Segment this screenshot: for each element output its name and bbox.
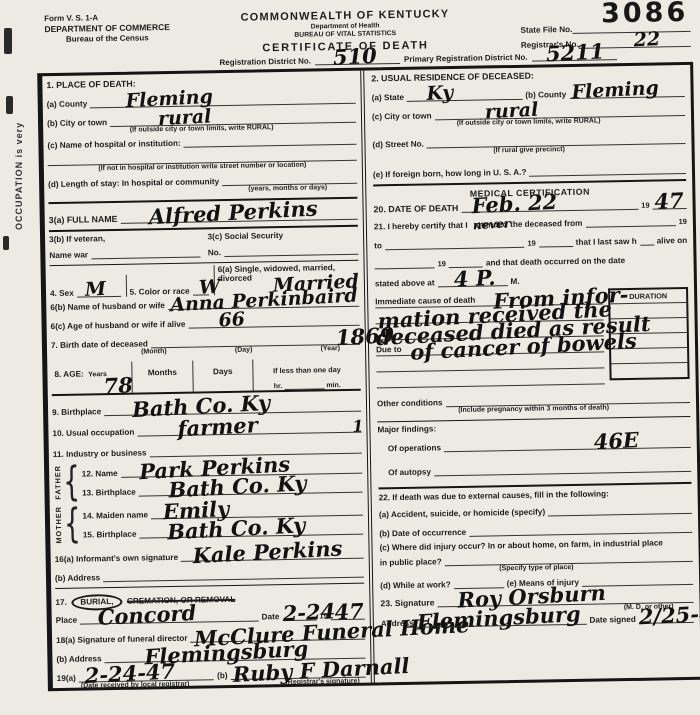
informant-label: 16(a) Informant's own signature (55, 552, 179, 563)
date-signed-handwritten: 2/25-47 (638, 602, 700, 628)
registrar-date-line: 2-24-47 (79, 668, 214, 682)
major-findings-label: Major findings: (377, 420, 690, 434)
left-margin-rotated-text: OCCUPATION is very (14, 122, 24, 230)
spouse-label: 6(b) Name of husband or wife (50, 301, 165, 312)
dod-year-line: 47 (652, 197, 686, 210)
spouse-line: Anna Perkinbaird (168, 294, 360, 309)
certify-saw: that I last saw h (576, 237, 637, 247)
fullname-line: Alfred Perkins (120, 207, 357, 223)
registrars-no-handwritten: 22 (633, 30, 660, 50)
certify-yr3: 19 (437, 259, 445, 268)
certify-h-line (640, 234, 654, 246)
right-column: 2. USUAL RESIDENCE OF DECEASED: (a) Stat… (360, 65, 700, 683)
ssn-line (224, 242, 358, 256)
of-operations-label: Of operations (388, 443, 441, 453)
father-side-label: FATHER (53, 465, 63, 500)
age-label: 8. AGE: (54, 370, 83, 380)
age-days-label: Days (213, 367, 233, 376)
res-city-handwritten: rural (484, 100, 538, 122)
date-of-death-label: 20. DATE OF DEATH (374, 203, 459, 214)
mother-side-label: MOTHER (54, 506, 64, 544)
state-file-line (572, 21, 690, 34)
accident-line (548, 502, 692, 517)
date-signed-label: Date signed (589, 615, 636, 625)
hr-line (284, 381, 324, 391)
burial-num: 17. (55, 597, 67, 606)
res-state-handwritten: Ky (426, 83, 454, 103)
month-note: (Month) (141, 348, 167, 356)
father-birthplace-line: Bath Co. Ky (139, 481, 363, 497)
occurrence-line (469, 521, 692, 537)
stay-line (222, 172, 357, 186)
primary-district-label: Primary Registration District No. (404, 52, 528, 63)
hospital-line (184, 133, 357, 148)
scan-artifact (6, 96, 13, 114)
informant-address-line (103, 565, 364, 582)
ssn-label: 3(c) Social Security (207, 229, 358, 241)
county-label: (a) County (47, 99, 88, 109)
ssn-no-label: No. (208, 248, 221, 257)
burial-date-line: 2-24 (282, 608, 316, 621)
veteran-label: 3(b) If veteran, (49, 232, 200, 244)
occupation-label: 10. Usual occupation (52, 428, 134, 438)
reg-district-label: Registration District No. (219, 56, 311, 67)
duration-row (611, 363, 687, 378)
date-signed-line: 2/25-47 (639, 611, 694, 624)
spouse-age-label: 6(c) Age of husband or wife if alive (51, 319, 186, 330)
reg-district-handwritten: 510 (332, 44, 377, 67)
veteran-war-label: Name war (49, 250, 88, 260)
spouse-age-line: 66 (188, 313, 359, 328)
father-birthplace-label: 13. Birthplace (82, 488, 136, 498)
form-body: 1. PLACE OF DEATH: (a) County Fleming (b… (37, 62, 700, 691)
at-work-label: (d) While at work? (380, 580, 451, 590)
occupation-line: farmer 1 (137, 421, 361, 437)
certify-alive: alive on (657, 236, 688, 246)
hospital-label: (c) Name of hospital or institution: (47, 139, 180, 150)
physician-address-line: Flemingsburg (416, 613, 586, 628)
foreign-born-line (529, 162, 686, 177)
stated-m-label: M. (510, 277, 519, 286)
left-column: 1. PLACE OF DEATH: (a) County Fleming (b… (42, 70, 371, 687)
certify-yr2-line (539, 235, 573, 248)
certify-to-line (385, 236, 525, 250)
sex-handwritten: M (84, 279, 106, 299)
mother-maiden-label: 14. Maiden name (82, 511, 148, 521)
state-file-label: State File No. (520, 25, 572, 35)
father-name-label: 12. Name (82, 469, 118, 479)
date-of-death-line: Feb. 22 (461, 198, 638, 213)
city-handwritten: rural (158, 107, 212, 129)
veteran-war-line (91, 245, 200, 259)
burial-place-label: Place (56, 615, 78, 624)
certify-yr2: 19 (527, 239, 535, 248)
cause-of-death-block: Immediate cause of death From infor- mat… (375, 287, 690, 388)
res-county-line: Fleming (569, 85, 685, 99)
burial-place-line: Concord (80, 609, 259, 624)
bureau-census: Bureau of the Census (45, 33, 171, 46)
due-to-label: Due to (376, 345, 402, 354)
certify-date-line (374, 256, 434, 269)
birthplace-label: 9. Birthplace (52, 408, 101, 418)
registrar-sig-b: (b) (217, 671, 228, 680)
primary-district-line: 5211 (531, 49, 616, 61)
informant-line: Kale Perkins (181, 546, 364, 561)
external-causes-title: 22. If death was due to external causes,… (379, 488, 692, 502)
scan-artifact (4, 28, 12, 54)
res-county-handwritten: Fleming (571, 79, 659, 103)
certify-from-line (585, 214, 675, 228)
of-autopsy-label: Of autopsy (388, 467, 431, 477)
age-less-label: If less than one day (273, 365, 341, 375)
foreign-born-label: (e) If foreign born, how long in U. S. A… (373, 168, 527, 180)
veteran-ssn-row: 3(b) If veteran, Name war 3(c) Social Se… (49, 229, 358, 259)
operations-handwritten: 46E (593, 429, 639, 452)
age-years-handwritten: 78 (103, 374, 133, 397)
res-state-label: (a) State (372, 93, 404, 103)
occupation-handwritten: farmer (177, 414, 258, 439)
primary-district-handwritten: 5211 (545, 40, 604, 64)
informant-handwritten: Kale Perkins (193, 537, 344, 566)
cause-line-6 (376, 368, 604, 388)
occurrence-label: (b) Date of occurrence (379, 528, 466, 539)
registrar-date-handwritten: 2-24-47 (84, 660, 175, 686)
informant-address-label: (b) Address (55, 573, 100, 583)
time-handwritten: 4 P. (453, 267, 496, 290)
scanned-death-certificate: OCCUPATION is very Form V. S. 1-A DEPART… (0, 0, 700, 715)
of-autopsy-line (434, 460, 691, 476)
mother-birthplace-label: 15. Birthplace (83, 530, 137, 540)
hr-min-row: hr. min. (257, 380, 358, 391)
day-note: (Day) (235, 346, 253, 354)
burial-place-handwritten: Concord (98, 601, 197, 627)
certify-yr1: 19 (678, 217, 686, 226)
father-section: FATHER { 12. Name Park Perkins 13. Birth… (53, 460, 363, 500)
spouse-age-handwritten: 66 (218, 310, 245, 330)
county-line: Fleming (90, 91, 356, 108)
fullname-label: 3(a) FULL NAME (49, 214, 118, 225)
industry-label: 11. Industry or business (53, 449, 147, 460)
hr-label: hr. (274, 383, 283, 390)
fullname-handwritten: Alfred Perkins (148, 197, 318, 227)
registrar-received-num: 19(a) (57, 673, 76, 682)
father-birthplace-handwritten: Bath Co. Ky (168, 472, 307, 500)
dod-year-handwritten: 47 (654, 190, 684, 213)
certificate-form: Form V. S. 1-A DEPARTMENT OF COMMERCE Bu… (36, 0, 700, 691)
certify-occurred: and that death occurred on the date (486, 256, 625, 267)
mother-brace: { (64, 501, 81, 548)
accident-label: (a) Accident, suicide, or homicide (spec… (379, 507, 545, 519)
sex-line: M (77, 284, 121, 297)
sex-label: 4. Sex (50, 288, 74, 297)
date-of-death-handwritten: Feb. 22 (471, 191, 558, 216)
never-handwritten: never (472, 217, 510, 231)
father-brace: { (63, 459, 80, 506)
dod-year-prefix: 19 (641, 201, 649, 210)
occupation-stray-mark: 1 (352, 419, 364, 436)
certify-text-1: 21. I hereby certify that I (374, 221, 468, 232)
age-months-label: Months (148, 368, 177, 378)
min-label: min. (326, 382, 341, 389)
issuer-block: Form V. S. 1-A DEPARTMENT OF COMMERCE Bu… (44, 12, 170, 46)
physician-address-handwritten: Flemingsburg (416, 603, 581, 633)
burial-date-label: Date (262, 612, 280, 621)
reg-district-line: 510 (315, 53, 400, 65)
certify-to: to (374, 241, 382, 250)
stated-time-line: 4 P. (437, 274, 507, 287)
age-row: 8. AGE: Years 78 Months Days If less tha… (51, 358, 361, 396)
stated-above-label: stated above at (375, 278, 435, 288)
of-operations-line: 46E (444, 436, 691, 452)
registrar-sig-line: Ruby F Darnall (230, 665, 365, 679)
scan-artifact (3, 236, 9, 250)
